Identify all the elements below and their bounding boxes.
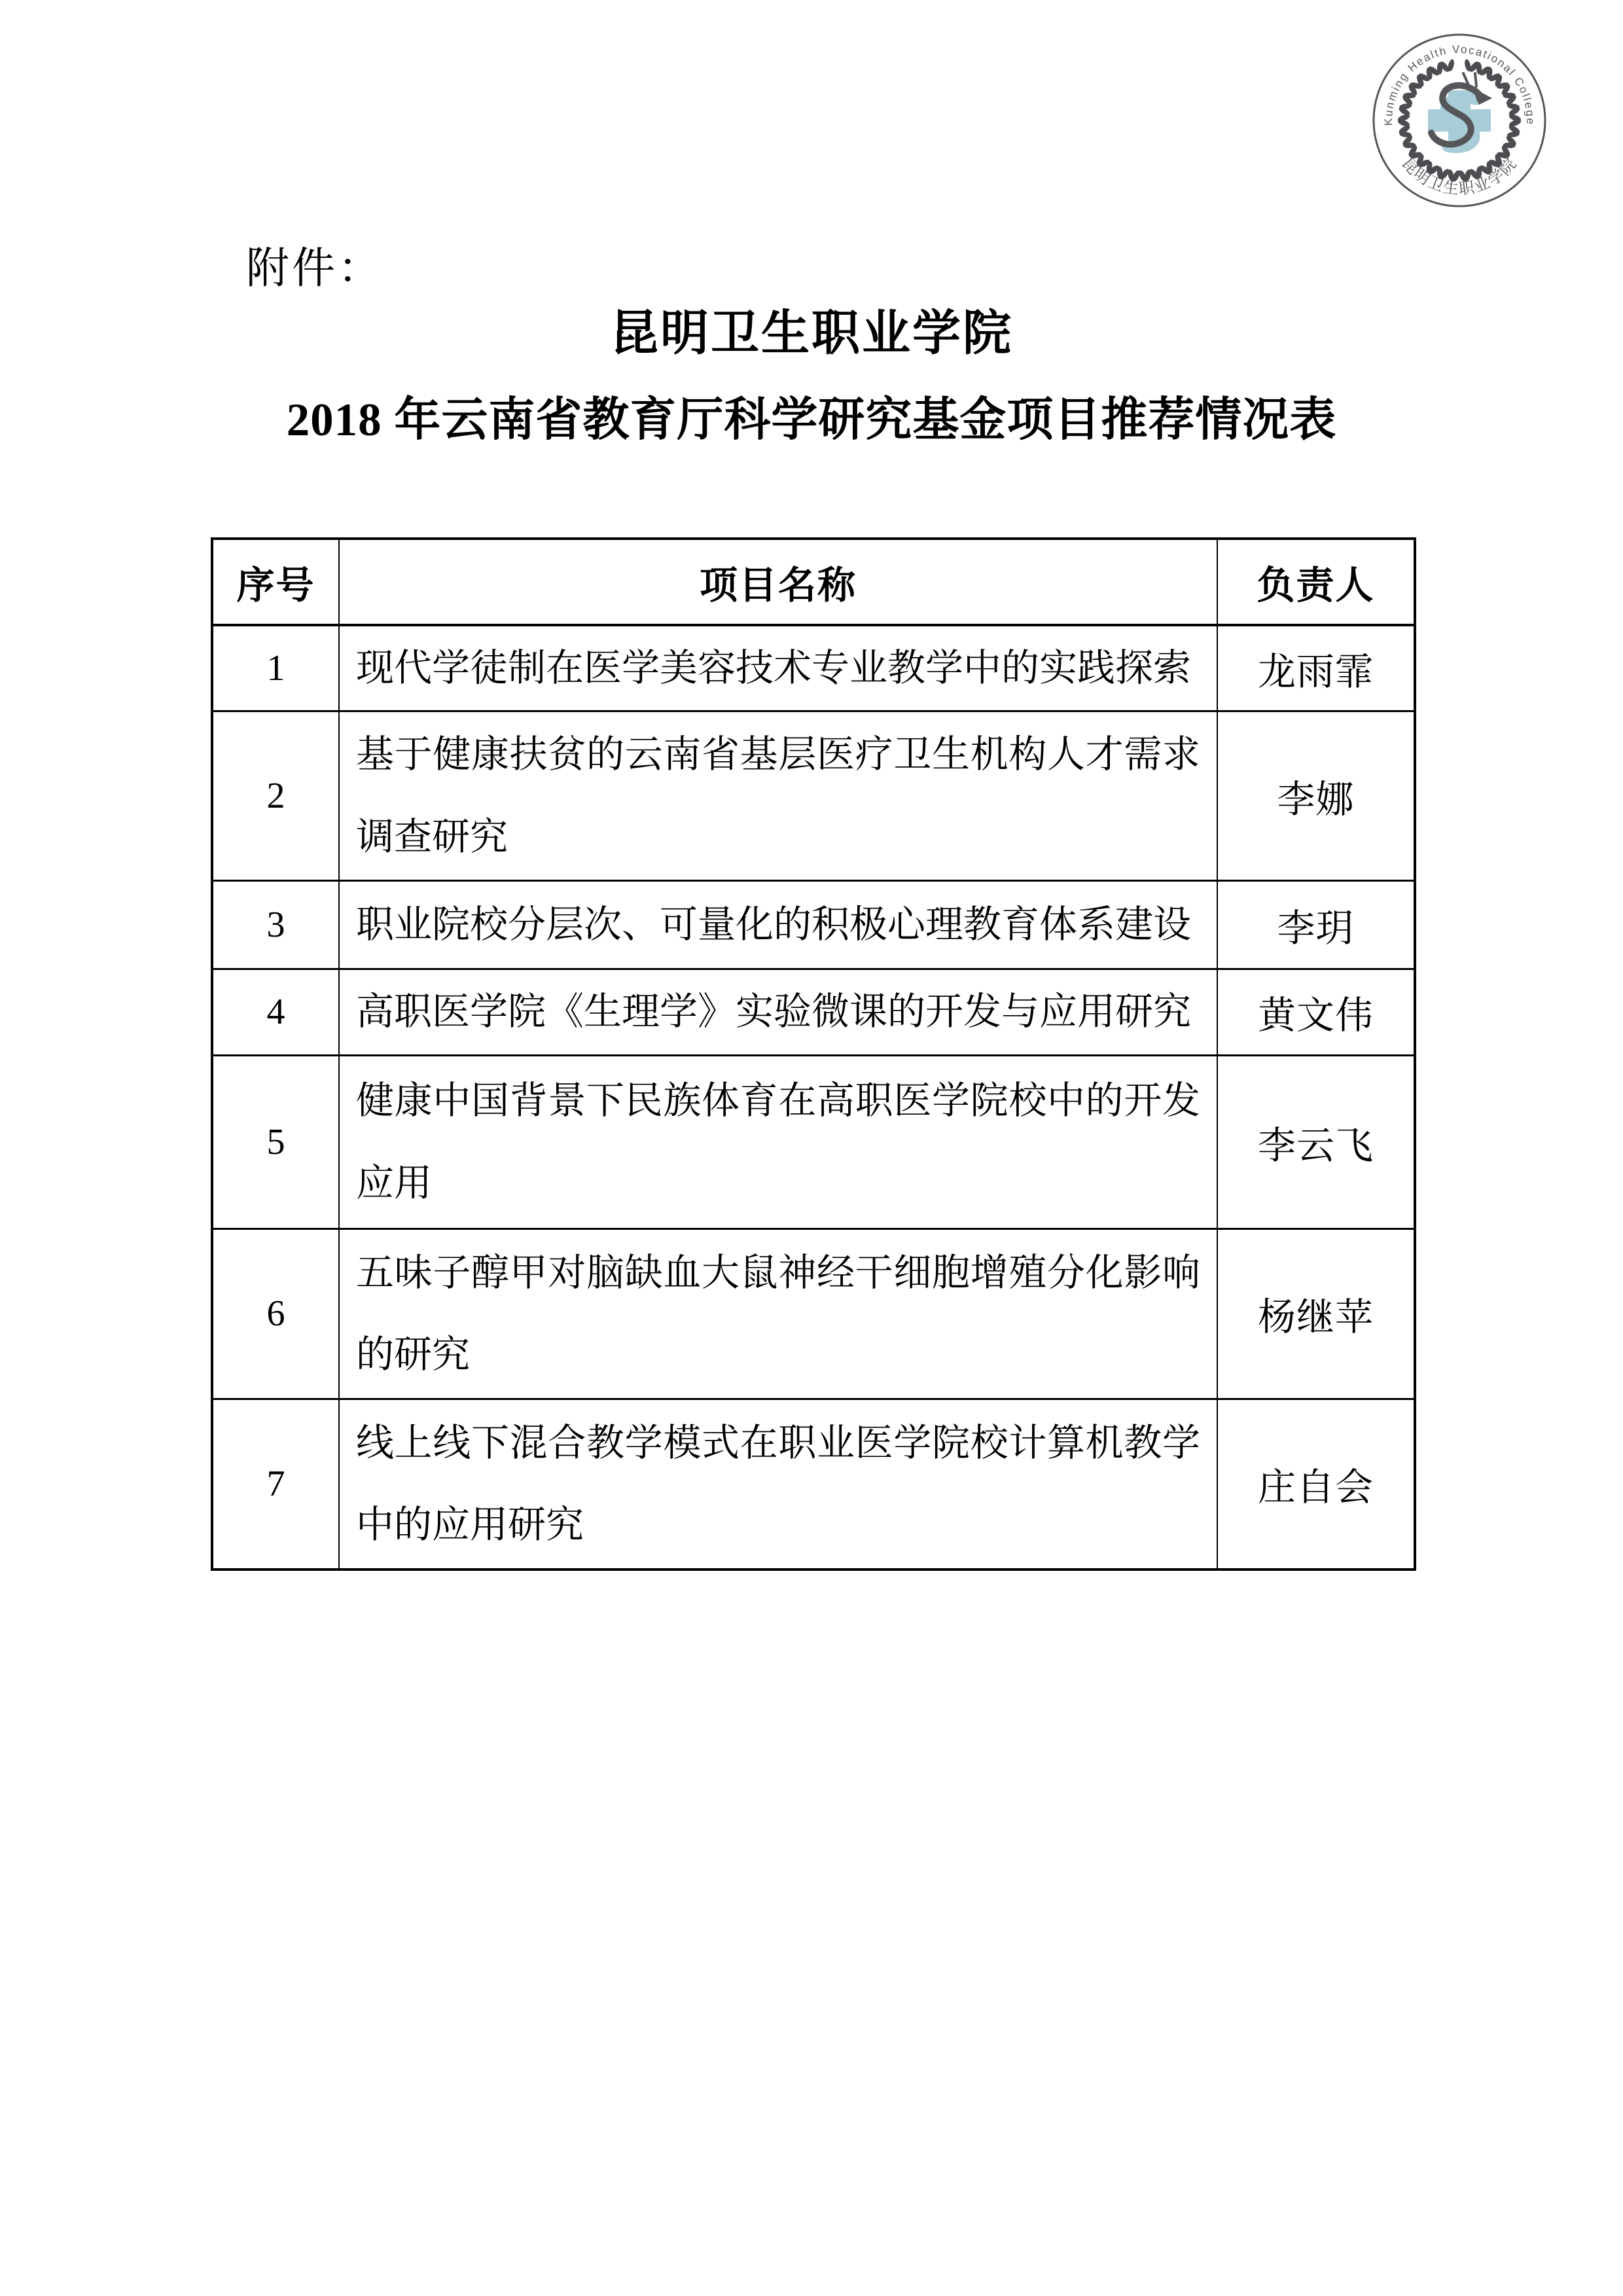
cell-serial-number: 1 <box>212 625 339 711</box>
table-row: 1现代学徒制在医学美容技术专业教学中的实践探索龙雨霏 <box>212 625 1415 711</box>
cell-project-name: 高职医学院《生理学》实验微课的开发与应用研究 <box>339 969 1217 1055</box>
document-title-line2: 2018 年云南省教育厅科学研究基金项目推荐情况表 <box>0 382 1623 449</box>
cell-leader-name: 龙雨霏 <box>1217 625 1415 711</box>
cell-serial-number: 4 <box>212 969 339 1055</box>
college-seal-logo: Kunming Health Vocational College <box>1370 31 1548 209</box>
cell-project-name: 职业院校分层次、可量化的积极心理教育体系建设 <box>339 880 1217 969</box>
cell-leader-name: 庄自会 <box>1217 1399 1415 1570</box>
table-row: 6五味子醇甲对脑缺血大鼠神经干细胞增殖分化影响的研究杨继苹 <box>212 1229 1415 1399</box>
cell-project-name: 五味子醇甲对脑缺血大鼠神经干细胞增殖分化影响的研究 <box>339 1229 1217 1399</box>
table-row: 5健康中国背景下民族体育在高职医学院校中的开发应用李云飞 <box>212 1055 1415 1229</box>
seal-chinese-arc-text: 昆明卫生职业学院 <box>1398 154 1520 198</box>
cell-project-name: 健康中国背景下民族体育在高职医学院校中的开发应用 <box>339 1055 1217 1229</box>
header-serial-number: 序号 <box>212 539 339 625</box>
projects-table: 序号 项目名称 负责人 1现代学徒制在医学美容技术专业教学中的实践探索龙雨霏2基… <box>211 537 1416 1571</box>
table-row: 7线上线下混合教学模式在职业医学院校计算机教学中的应用研究庄自会 <box>212 1399 1415 1570</box>
table-row: 3职业院校分层次、可量化的积极心理教育体系建设李玥 <box>212 880 1415 969</box>
cell-leader-name: 李玥 <box>1217 880 1415 969</box>
cell-project-name: 基于健康扶贫的云南省基层医疗卫生机构人才需求调查研究 <box>339 711 1217 880</box>
cell-serial-number: 2 <box>212 711 339 880</box>
cell-leader-name: 李娜 <box>1217 711 1415 880</box>
cell-serial-number: 3 <box>212 880 339 969</box>
table-row: 4高职医学院《生理学》实验微课的开发与应用研究黄文伟 <box>212 969 1415 1055</box>
cell-leader-name: 杨继苹 <box>1217 1229 1415 1399</box>
table-row: 2基于健康扶贫的云南省基层医疗卫生机构人才需求调查研究李娜 <box>212 711 1415 880</box>
cell-project-name: 现代学徒制在医学美容技术专业教学中的实践探索 <box>339 625 1217 711</box>
cell-serial-number: 7 <box>212 1399 339 1570</box>
document-title-line1: 昆明卫生职业学院 <box>0 295 1623 364</box>
header-project-name: 项目名称 <box>339 539 1217 625</box>
document-page: Kunming Health Vocational College <box>0 0 1623 2296</box>
cell-serial-number: 5 <box>212 1055 339 1229</box>
attachment-label: 附件： <box>246 233 383 295</box>
cell-project-name: 线上线下混合教学模式在职业医学院校计算机教学中的应用研究 <box>339 1399 1217 1570</box>
cell-leader-name: 李云飞 <box>1217 1055 1415 1229</box>
cell-serial-number: 6 <box>212 1229 339 1399</box>
cell-leader-name: 黄文伟 <box>1217 969 1415 1055</box>
header-leader: 负责人 <box>1217 539 1415 625</box>
table-header-row: 序号 项目名称 负责人 <box>212 539 1415 625</box>
